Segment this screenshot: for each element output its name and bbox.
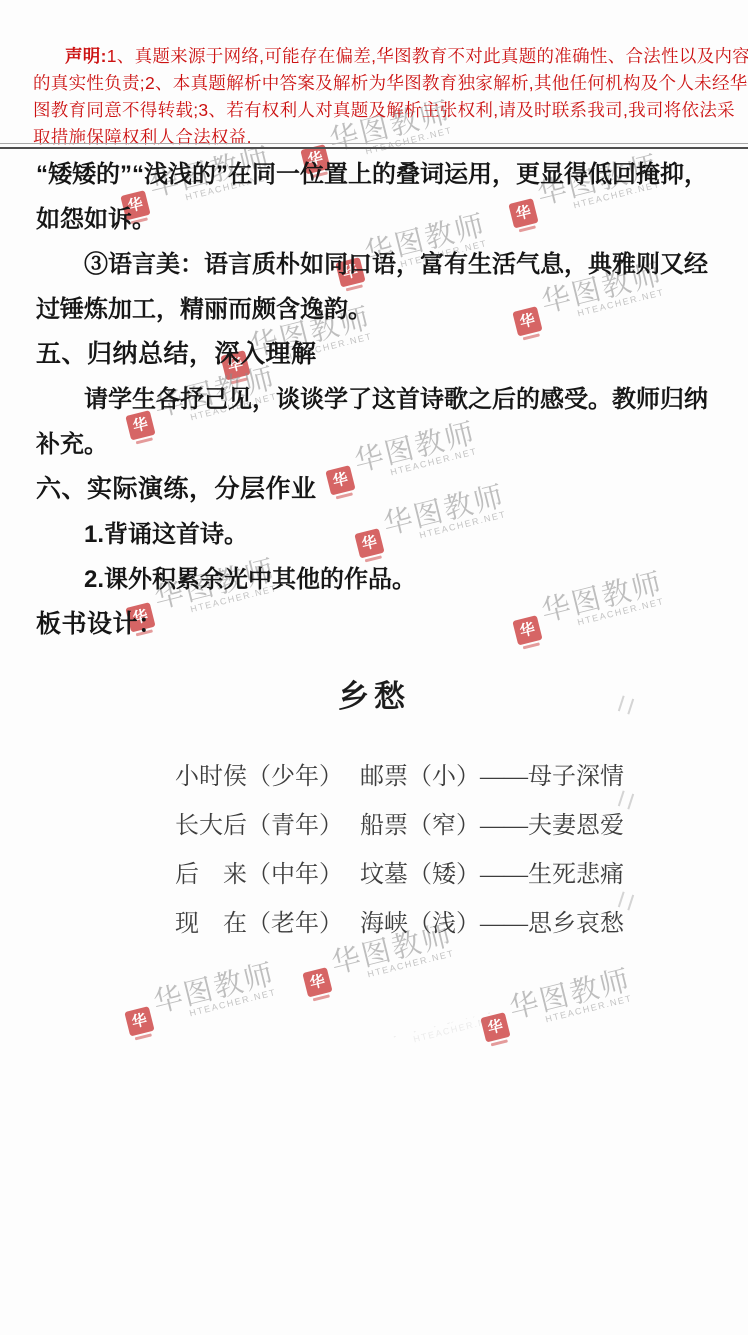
disclaimer-block: 声明:1、真题来源于网络,可能存在偏差,华图教育不对此真题的准确性、合法性以及内… xyxy=(33,43,747,151)
section-heading: 五、归纳总结，深入理解 xyxy=(36,332,726,377)
huatu-logo-icon: 华 xyxy=(302,967,332,997)
disclaimer-label: 声明: xyxy=(65,46,107,66)
disclaimer-line: 声明:1、真题来源于网络,可能存在偏差,华图教育不对此真题的准确性、合法性以及内… xyxy=(33,43,747,70)
huatu-logo-icon: 华 xyxy=(480,1012,510,1042)
watermark-text: 华图教师 HTEACHER.NET xyxy=(375,985,505,1052)
watermark-domain-text: HTEACHER.NET xyxy=(544,992,636,1024)
body-line: 补充。 xyxy=(36,422,726,467)
watermark: 华 华图教师 HTEACHER.NET xyxy=(476,959,662,1047)
watermark-domain-text: HTEACHER.NET xyxy=(412,1012,504,1044)
huatu-logo-caption-bar xyxy=(135,1033,152,1040)
section-divider xyxy=(0,143,748,149)
board-row: 后 来（中年） 坟墓（矮）——生死悲痛 xyxy=(175,851,695,900)
board-row-stage: 现 在（老年） xyxy=(175,900,360,949)
watermark-logo-wrap: 华 xyxy=(480,1012,512,1047)
board-row-stage: 后 来（中年） xyxy=(175,851,360,900)
watermark-logo-wrap: 华 xyxy=(348,1032,380,1067)
lesson-plan-text: “矮矮的”“浅浅的”在同一位置上的叠词运用，更显得低回掩抑， 如怨如诉。 ③语言… xyxy=(36,152,726,647)
watermark-brand-text: 华图教师 xyxy=(151,959,279,1018)
board-row-meaning: 海峡（浅）——思乡哀愁 xyxy=(360,900,624,949)
watermark-logo-wrap: 华 xyxy=(302,967,334,1002)
watermark: 华 华图教师 HTEACHER.NET xyxy=(120,953,306,1041)
list-item: 2.课外积累余光中其他的作品。 xyxy=(36,557,726,602)
body-line: 过锤炼加工，精丽而颇含逸韵。 xyxy=(36,287,726,332)
section-heading: 六、实际演练，分层作业 xyxy=(36,467,726,512)
document-page: 华 华图教师 HTEACHER.NET 华 华图教师 HTEACHER.NET xyxy=(0,0,748,1335)
body-line: 如怨如诉。 xyxy=(36,197,726,242)
watermark-brand-text: 华图教师 xyxy=(375,985,503,1044)
board-row: 小时侯（少年） 邮票（小）——母子深情 xyxy=(175,753,695,802)
board-row-meaning: 坟墓（矮）——生死悲痛 xyxy=(360,851,624,900)
board-row: 现 在（老年） 海峡（浅）——思乡哀愁 xyxy=(175,900,695,949)
body-line: “矮矮的”“浅浅的”在同一位置上的叠词运用，更显得低回掩抑， xyxy=(36,152,726,197)
board-row-stage: 小时侯（少年） xyxy=(175,753,360,802)
huatu-logo-caption-bar xyxy=(313,994,330,1001)
board-rows: 小时侯（少年） 邮票（小）——母子深情 长大后（青年） 船票（窄）——夫妻恩爱 … xyxy=(175,753,695,949)
huatu-logo-icon: 华 xyxy=(124,1006,154,1036)
body-line: 请学生各抒己见，谈谈学了这首诗歌之后的感受。教师归纳 xyxy=(36,377,726,422)
board-row: 长大后（青年） 船票（窄）——夫妻恩爱 xyxy=(175,802,695,851)
board-row-stage: 长大后（青年） xyxy=(175,802,360,851)
watermark: 华 华图教师 HTEACHER.NET xyxy=(344,979,530,1067)
watermark-brand-text: 华图教师 xyxy=(507,965,635,1024)
watermark-domain-text: HTEACHER.NET xyxy=(366,947,458,979)
board-title: 乡愁 xyxy=(0,671,748,716)
disclaimer-line: 图教育同意不得转载;3、若有权利人对真题及解析主张权利,请及时联系我司,我司将依… xyxy=(33,97,747,124)
section-heading: 板书设计： xyxy=(36,602,726,647)
list-item: 1.背诵这首诗。 xyxy=(36,512,726,557)
huatu-logo-caption-bar xyxy=(359,1059,376,1066)
body-line: ③语言美：语言质朴如同口语，富有生活气息，典雅则又经 xyxy=(36,242,726,287)
watermark-logo-wrap: 华 xyxy=(124,1006,156,1041)
watermark-text: 华图教师 HTEACHER.NET xyxy=(507,965,637,1032)
watermark-text: 华图教师 HTEACHER.NET xyxy=(151,959,281,1026)
board-row-meaning: 船票（窄）——夫妻恩爱 xyxy=(360,802,624,851)
huatu-logo-caption-bar xyxy=(491,1039,508,1046)
huatu-logo-icon: 华 xyxy=(348,1032,378,1062)
disclaimer-line-text: 1、真题来源于网络,可能存在偏差,华图教育不对此真题的准确性、合法性以及内容 xyxy=(107,46,748,66)
watermark-domain-text: HTEACHER.NET xyxy=(188,986,280,1018)
board-row-meaning: 邮票（小）——母子深情 xyxy=(360,753,624,802)
disclaimer-line: 的真实性负责;2、本真题解析中答案及解析为华图教育独家解析,其他任何机构及个人未… xyxy=(33,70,747,97)
